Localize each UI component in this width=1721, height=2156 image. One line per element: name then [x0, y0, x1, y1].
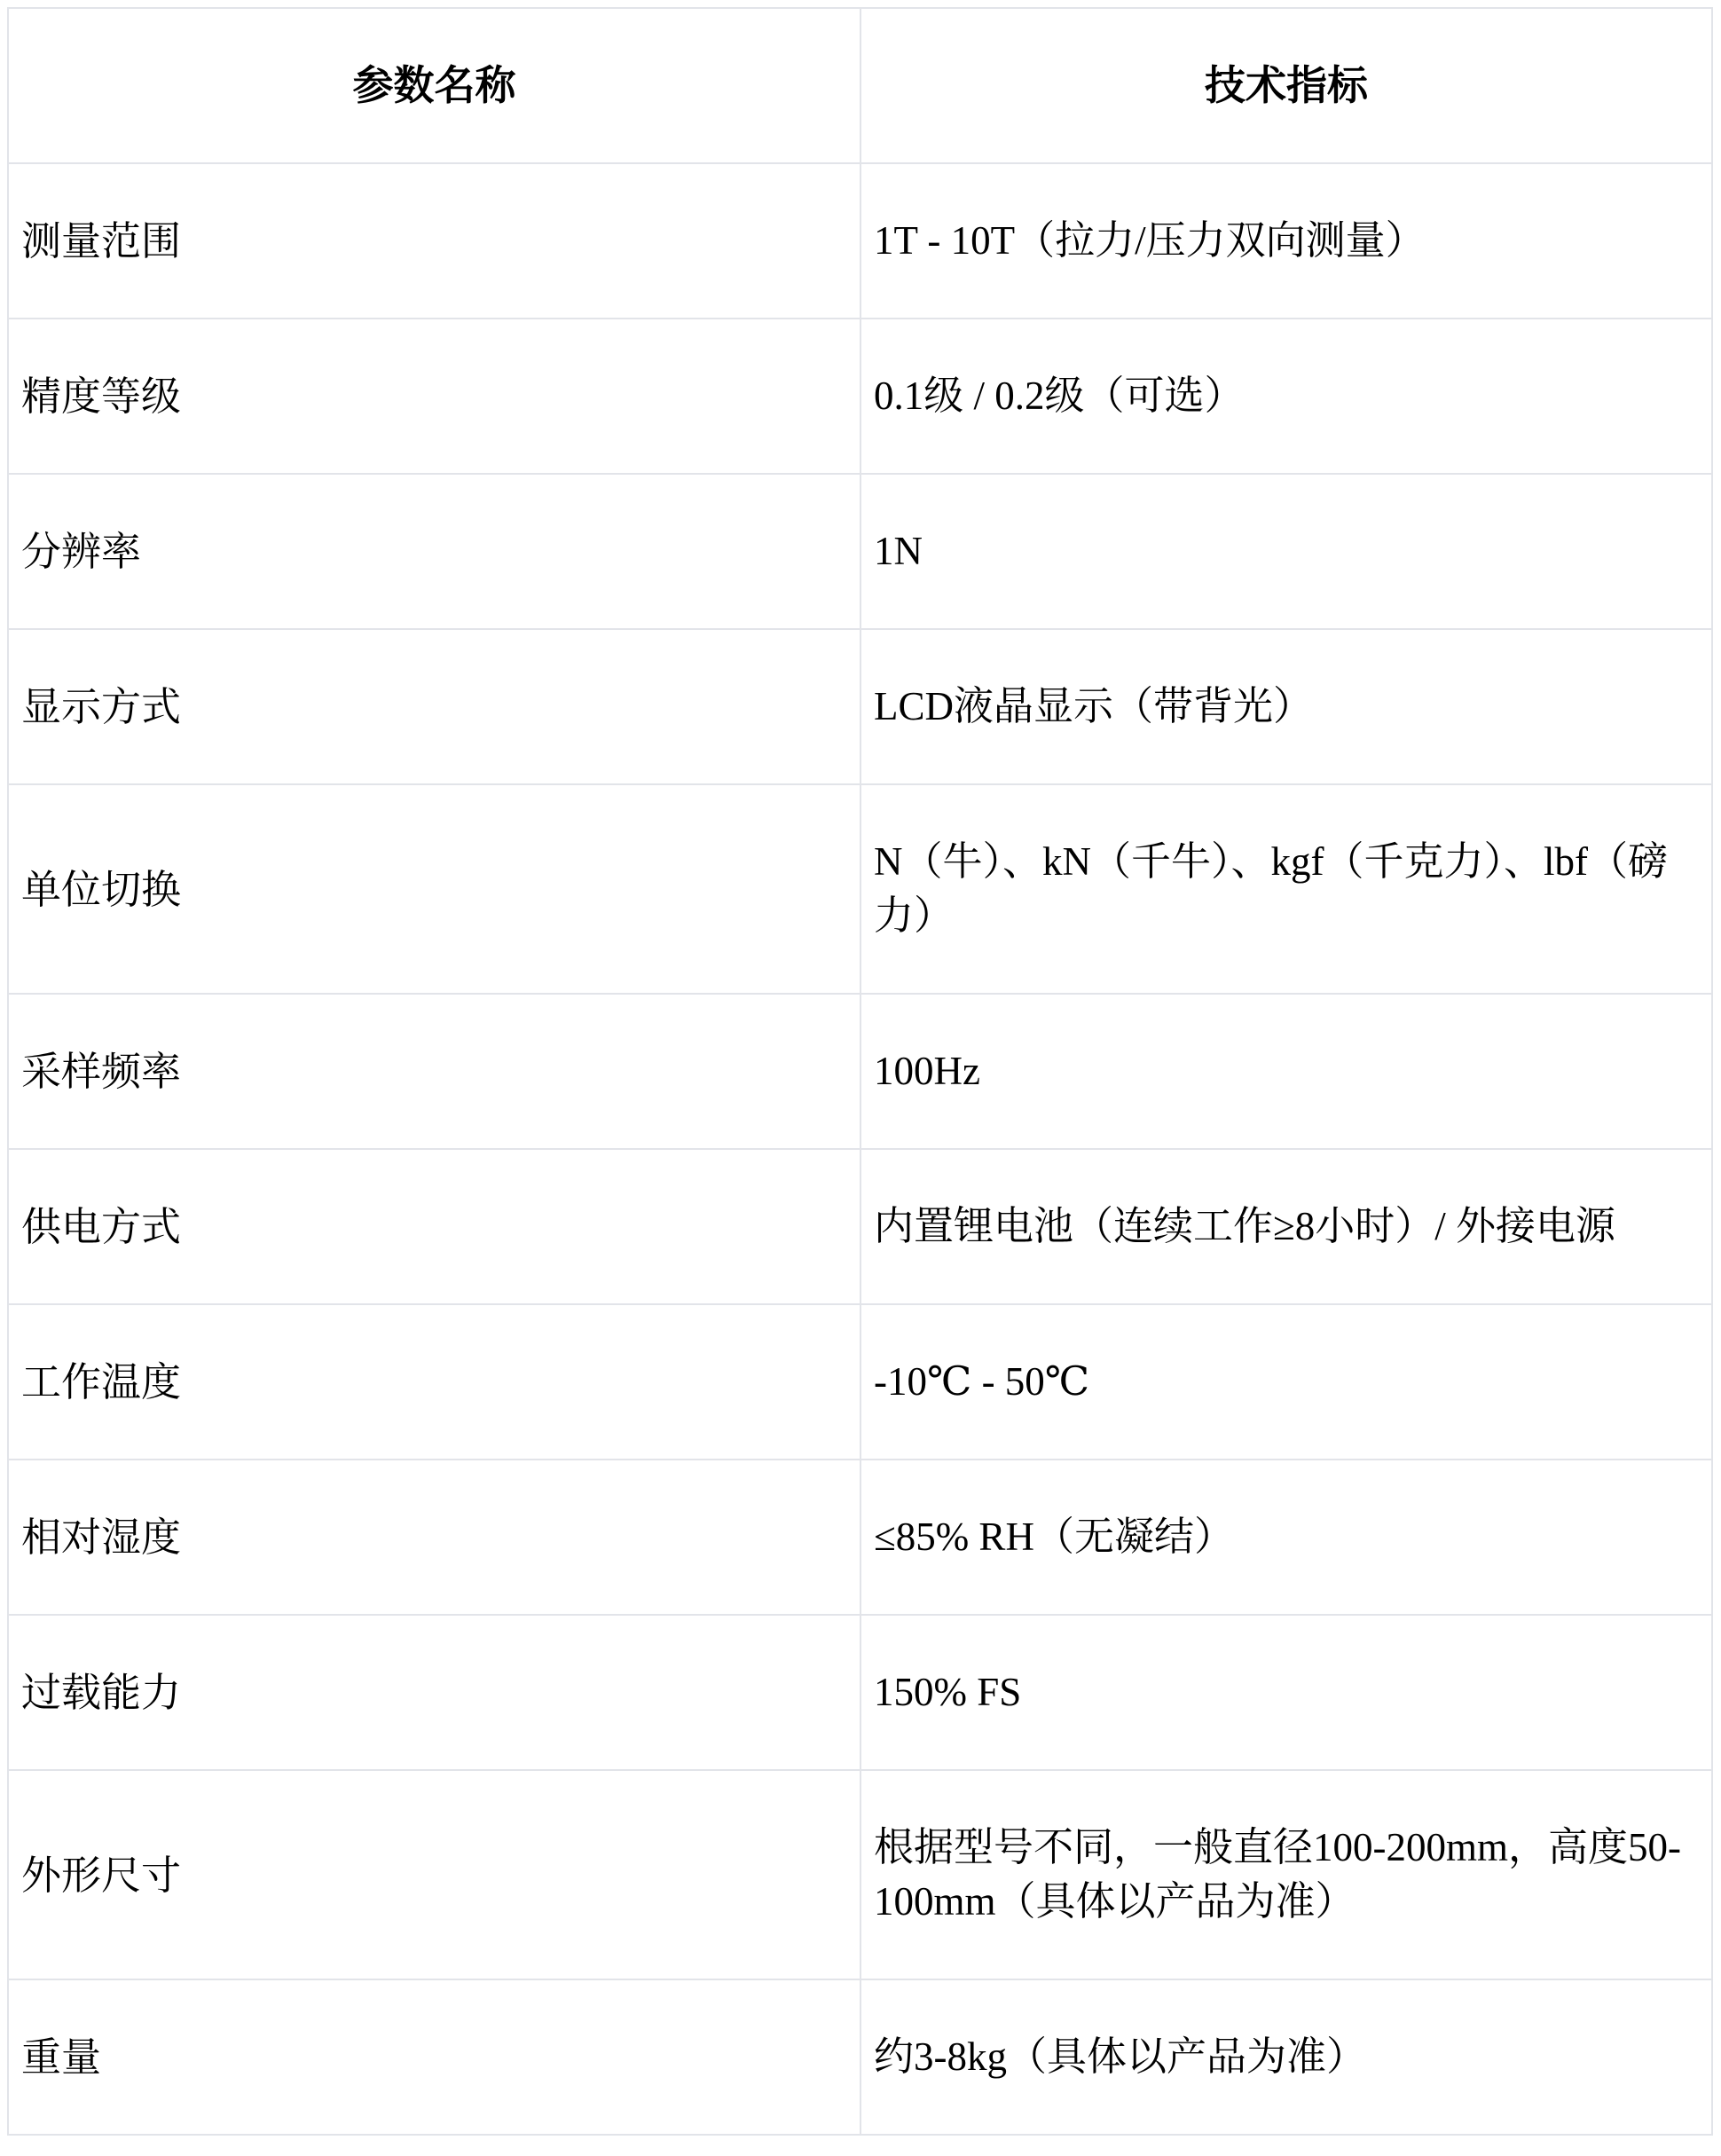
param-cell: 外形尺寸: [8, 1770, 860, 1979]
table-row: 工作温度 -10℃ - 50℃: [8, 1304, 1712, 1460]
param-cell: 显示方式: [8, 629, 860, 784]
spec-cell: 1N: [860, 474, 1712, 629]
spec-cell: 根据型号不同，一般直径100-200mm，高度50-100mm（具体以产品为准）: [860, 1770, 1712, 1979]
table-row: 重量 约3-8kg（具体以产品为准）: [8, 1979, 1712, 2135]
spec-cell: N（牛）、kN（千牛）、kgf（千克力）、lbf（磅力）: [860, 784, 1712, 994]
spec-page: 参数名称 技术指标 测量范围 1T - 10T（拉力/压力双向测量） 精度等级 …: [0, 0, 1721, 2156]
param-cell: 分辨率: [8, 474, 860, 629]
column-header-param: 参数名称: [8, 8, 860, 163]
spec-cell: ≤85% RH（无凝结）: [860, 1460, 1712, 1615]
table-row: 相对湿度 ≤85% RH（无凝结）: [8, 1460, 1712, 1615]
table-row: 分辨率 1N: [8, 474, 1712, 629]
header-row: 参数名称 技术指标: [8, 8, 1712, 163]
param-cell: 精度等级: [8, 319, 860, 474]
column-header-spec: 技术指标: [860, 8, 1712, 163]
spec-cell: 0.1级 / 0.2级（可选）: [860, 319, 1712, 474]
table-row: 精度等级 0.1级 / 0.2级（可选）: [8, 319, 1712, 474]
spec-cell: 100Hz: [860, 994, 1712, 1149]
table-row: 采样频率 100Hz: [8, 994, 1712, 1149]
spec-cell: 约3-8kg（具体以产品为准）: [860, 1979, 1712, 2135]
spec-cell: 1T - 10T（拉力/压力双向测量）: [860, 163, 1712, 319]
table-row: 供电方式 内置锂电池（连续工作≥8小时）/ 外接电源: [8, 1149, 1712, 1304]
param-cell: 采样频率: [8, 994, 860, 1149]
param-cell: 测量范围: [8, 163, 860, 319]
spec-table: 参数名称 技术指标 测量范围 1T - 10T（拉力/压力双向测量） 精度等级 …: [7, 7, 1713, 2136]
param-cell: 单位切换: [8, 784, 860, 994]
table-row: 单位切换 N（牛）、kN（千牛）、kgf（千克力）、lbf（磅力）: [8, 784, 1712, 994]
param-cell: 过载能力: [8, 1615, 860, 1770]
spec-cell: -10℃ - 50℃: [860, 1304, 1712, 1460]
param-cell: 重量: [8, 1979, 860, 2135]
table-row: 测量范围 1T - 10T（拉力/压力双向测量）: [8, 163, 1712, 319]
table-row: 显示方式 LCD液晶显示（带背光）: [8, 629, 1712, 784]
param-cell: 相对湿度: [8, 1460, 860, 1615]
table-row: 外形尺寸 根据型号不同，一般直径100-200mm，高度50-100mm（具体以…: [8, 1770, 1712, 1979]
param-cell: 供电方式: [8, 1149, 860, 1304]
spec-cell: 内置锂电池（连续工作≥8小时）/ 外接电源: [860, 1149, 1712, 1304]
spec-cell: 150% FS: [860, 1615, 1712, 1770]
table-row: 过载能力 150% FS: [8, 1615, 1712, 1770]
spec-cell: LCD液晶显示（带背光）: [860, 629, 1712, 784]
param-cell: 工作温度: [8, 1304, 860, 1460]
